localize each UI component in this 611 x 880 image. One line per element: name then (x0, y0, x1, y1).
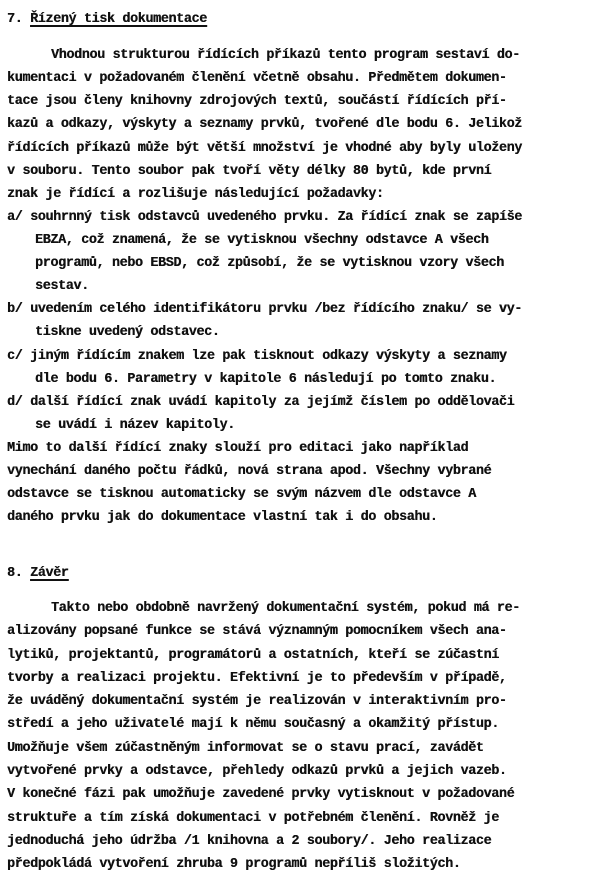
list-item-text: jiným řídícím znakem lze pak tisknout od… (30, 349, 507, 364)
paragraph-line: že uváděný dokumentační systém je realiz… (7, 693, 507, 711)
list-item-line: sestav. (35, 278, 89, 296)
list-item-d: d/ další řídící znak uvádí kapitoly za j… (7, 394, 514, 412)
list-item-line: programů, nebo EBSD, což způsobí, že se … (35, 255, 504, 273)
list-item-c: c/ jiným řídícím znakem lze pak tisknout… (7, 348, 507, 366)
paragraph-line: kumentaci v požadovaném členění včetně o… (7, 70, 507, 88)
paragraph-line: lytiků, projektantů, programátorů a osta… (7, 647, 499, 665)
paragraph-line: alizovány popsané funkce se stává význam… (7, 623, 507, 641)
paragraph-line: středí a jeho uživatelé mají k němu souč… (7, 716, 499, 734)
list-item-text: uvedením celého identifikátoru prvku /be… (30, 302, 522, 317)
list-item-b: b/ uvedením celého identifikátoru prvku … (7, 301, 522, 319)
section-7-heading: 7. Řízený tisk dokumentace (7, 11, 207, 29)
paragraph-line: odstavce se tisknou automaticky se svým … (7, 486, 476, 504)
list-item-line: EBZA, což znamená, že se vytisknou všech… (35, 232, 488, 250)
section-8-heading: 8. Závěr (7, 565, 69, 583)
paragraph-line: tace jsou členy knihovny zdrojových text… (7, 93, 507, 111)
paragraph-line: Umožňuje všem zúčastněným informovat se … (7, 740, 484, 758)
list-item-a: a/ souhrnný tisk odstavců uvedeného prvk… (7, 209, 522, 227)
section-8-number: 8. (7, 566, 30, 581)
paragraph-line: jednoduchá jeho údržba /1 knihovna a 2 s… (7, 833, 491, 851)
paragraph-line: struktuře a tím získá dokumentaci v potř… (7, 810, 499, 828)
list-marker: a/ (7, 210, 30, 225)
paragraph-line: V konečné fázi pak umožňuje zavedené prv… (7, 786, 514, 804)
section-7-number: 7. (7, 12, 30, 27)
paragraph-line: Takto nebo obdobně navržený dokumentační… (51, 600, 520, 618)
paragraph-line: vytvořené prvky a odstavce, přehledy odk… (7, 763, 507, 781)
paragraph-line: kazů a odkazy, výskyty a seznamy prvků, … (7, 116, 522, 134)
list-item-line: se uvádí i název kapitoly. (35, 417, 235, 435)
list-item-text: souhrnný tisk odstavců uvedeného prvku. … (30, 210, 522, 225)
paragraph-line: v souboru. Tento soubor pak tvoří věty d… (7, 163, 491, 181)
paragraph-line: Vhodnou strukturou řídících příkazů tent… (51, 47, 520, 65)
section-7-title: Řízený tisk dokumentace (30, 12, 207, 27)
list-item-line: dle bodu 6. Parametry v kapitole 6 násle… (35, 371, 496, 389)
paragraph-line: Mimo to další řídící znaky slouží pro ed… (7, 440, 468, 458)
paragraph-line: tvorby a realizaci projektu. Efektivní j… (7, 670, 507, 688)
list-item-line: tiskne uvedený odstavec. (35, 324, 219, 342)
list-marker: b/ (7, 302, 30, 317)
document-page: 7. Řízený tisk dokumentace Vhodnou struk… (0, 0, 611, 880)
paragraph-line: vynechání daného počtu řádků, nová stran… (7, 463, 491, 481)
paragraph-line: předpokládá vytvoření zhruba 9 programů … (7, 856, 460, 874)
paragraph-line: řídících příkazů může být větší množství… (7, 140, 522, 158)
list-marker: d/ (7, 395, 30, 410)
paragraph-line: znak je řídící a rozlišuje následující p… (7, 186, 384, 204)
section-8-title: Závěr (30, 566, 68, 581)
list-item-text: další řídící znak uvádí kapitoly za její… (30, 395, 514, 410)
list-marker: c/ (7, 349, 30, 364)
paragraph-line: daného prvku jak do dokumentace vlastní … (7, 509, 437, 527)
